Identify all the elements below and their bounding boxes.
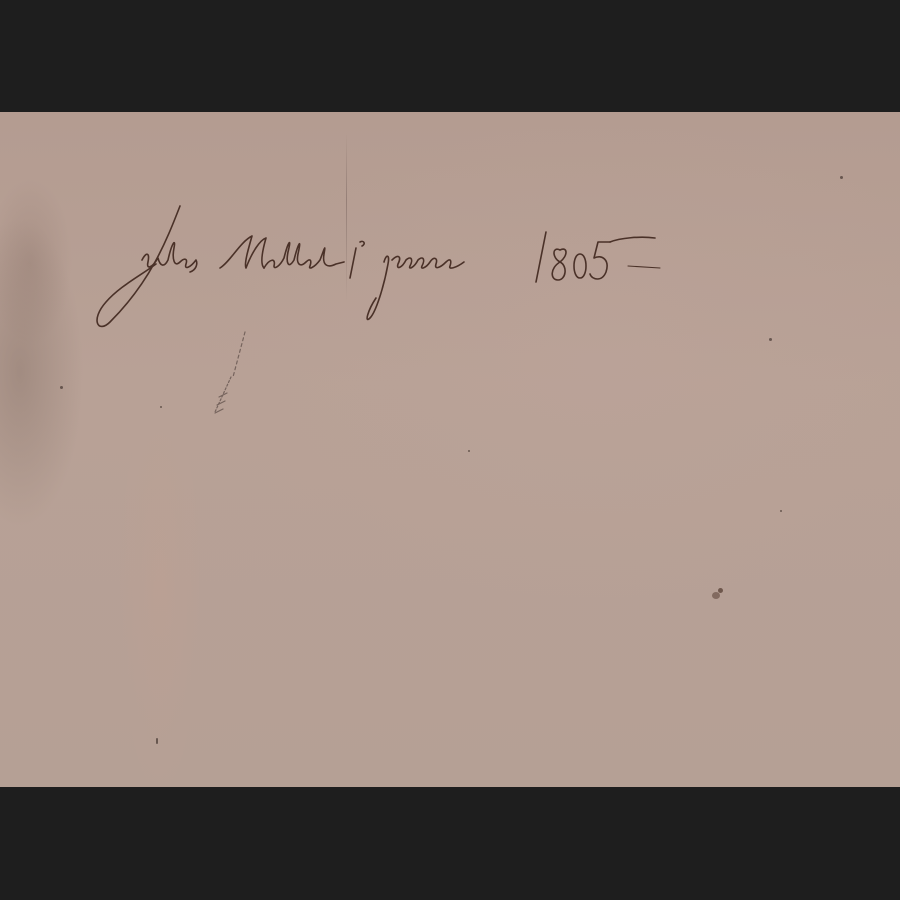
handwritten-inscription: Jules Mallet 1er janvier 1805 bbox=[80, 202, 680, 332]
foxing-stain bbox=[718, 588, 723, 593]
ink-speck bbox=[468, 450, 470, 452]
ink-speck bbox=[156, 738, 158, 744]
ink-speck bbox=[60, 386, 63, 389]
pencil-mark bbox=[205, 327, 255, 427]
inscription-text: Jules Mallet 1er janvier 1805 bbox=[120, 242, 651, 282]
paper-sheet: Jules Mallet 1er janvier 1805 bbox=[0, 112, 900, 787]
ink-speck bbox=[780, 510, 782, 512]
foxing-stain bbox=[712, 592, 720, 599]
ink-speck bbox=[840, 176, 843, 179]
ink-speck bbox=[160, 406, 162, 408]
photo-frame: Jules Mallet 1er janvier 1805 bbox=[0, 0, 900, 900]
ink-speck bbox=[769, 338, 772, 341]
